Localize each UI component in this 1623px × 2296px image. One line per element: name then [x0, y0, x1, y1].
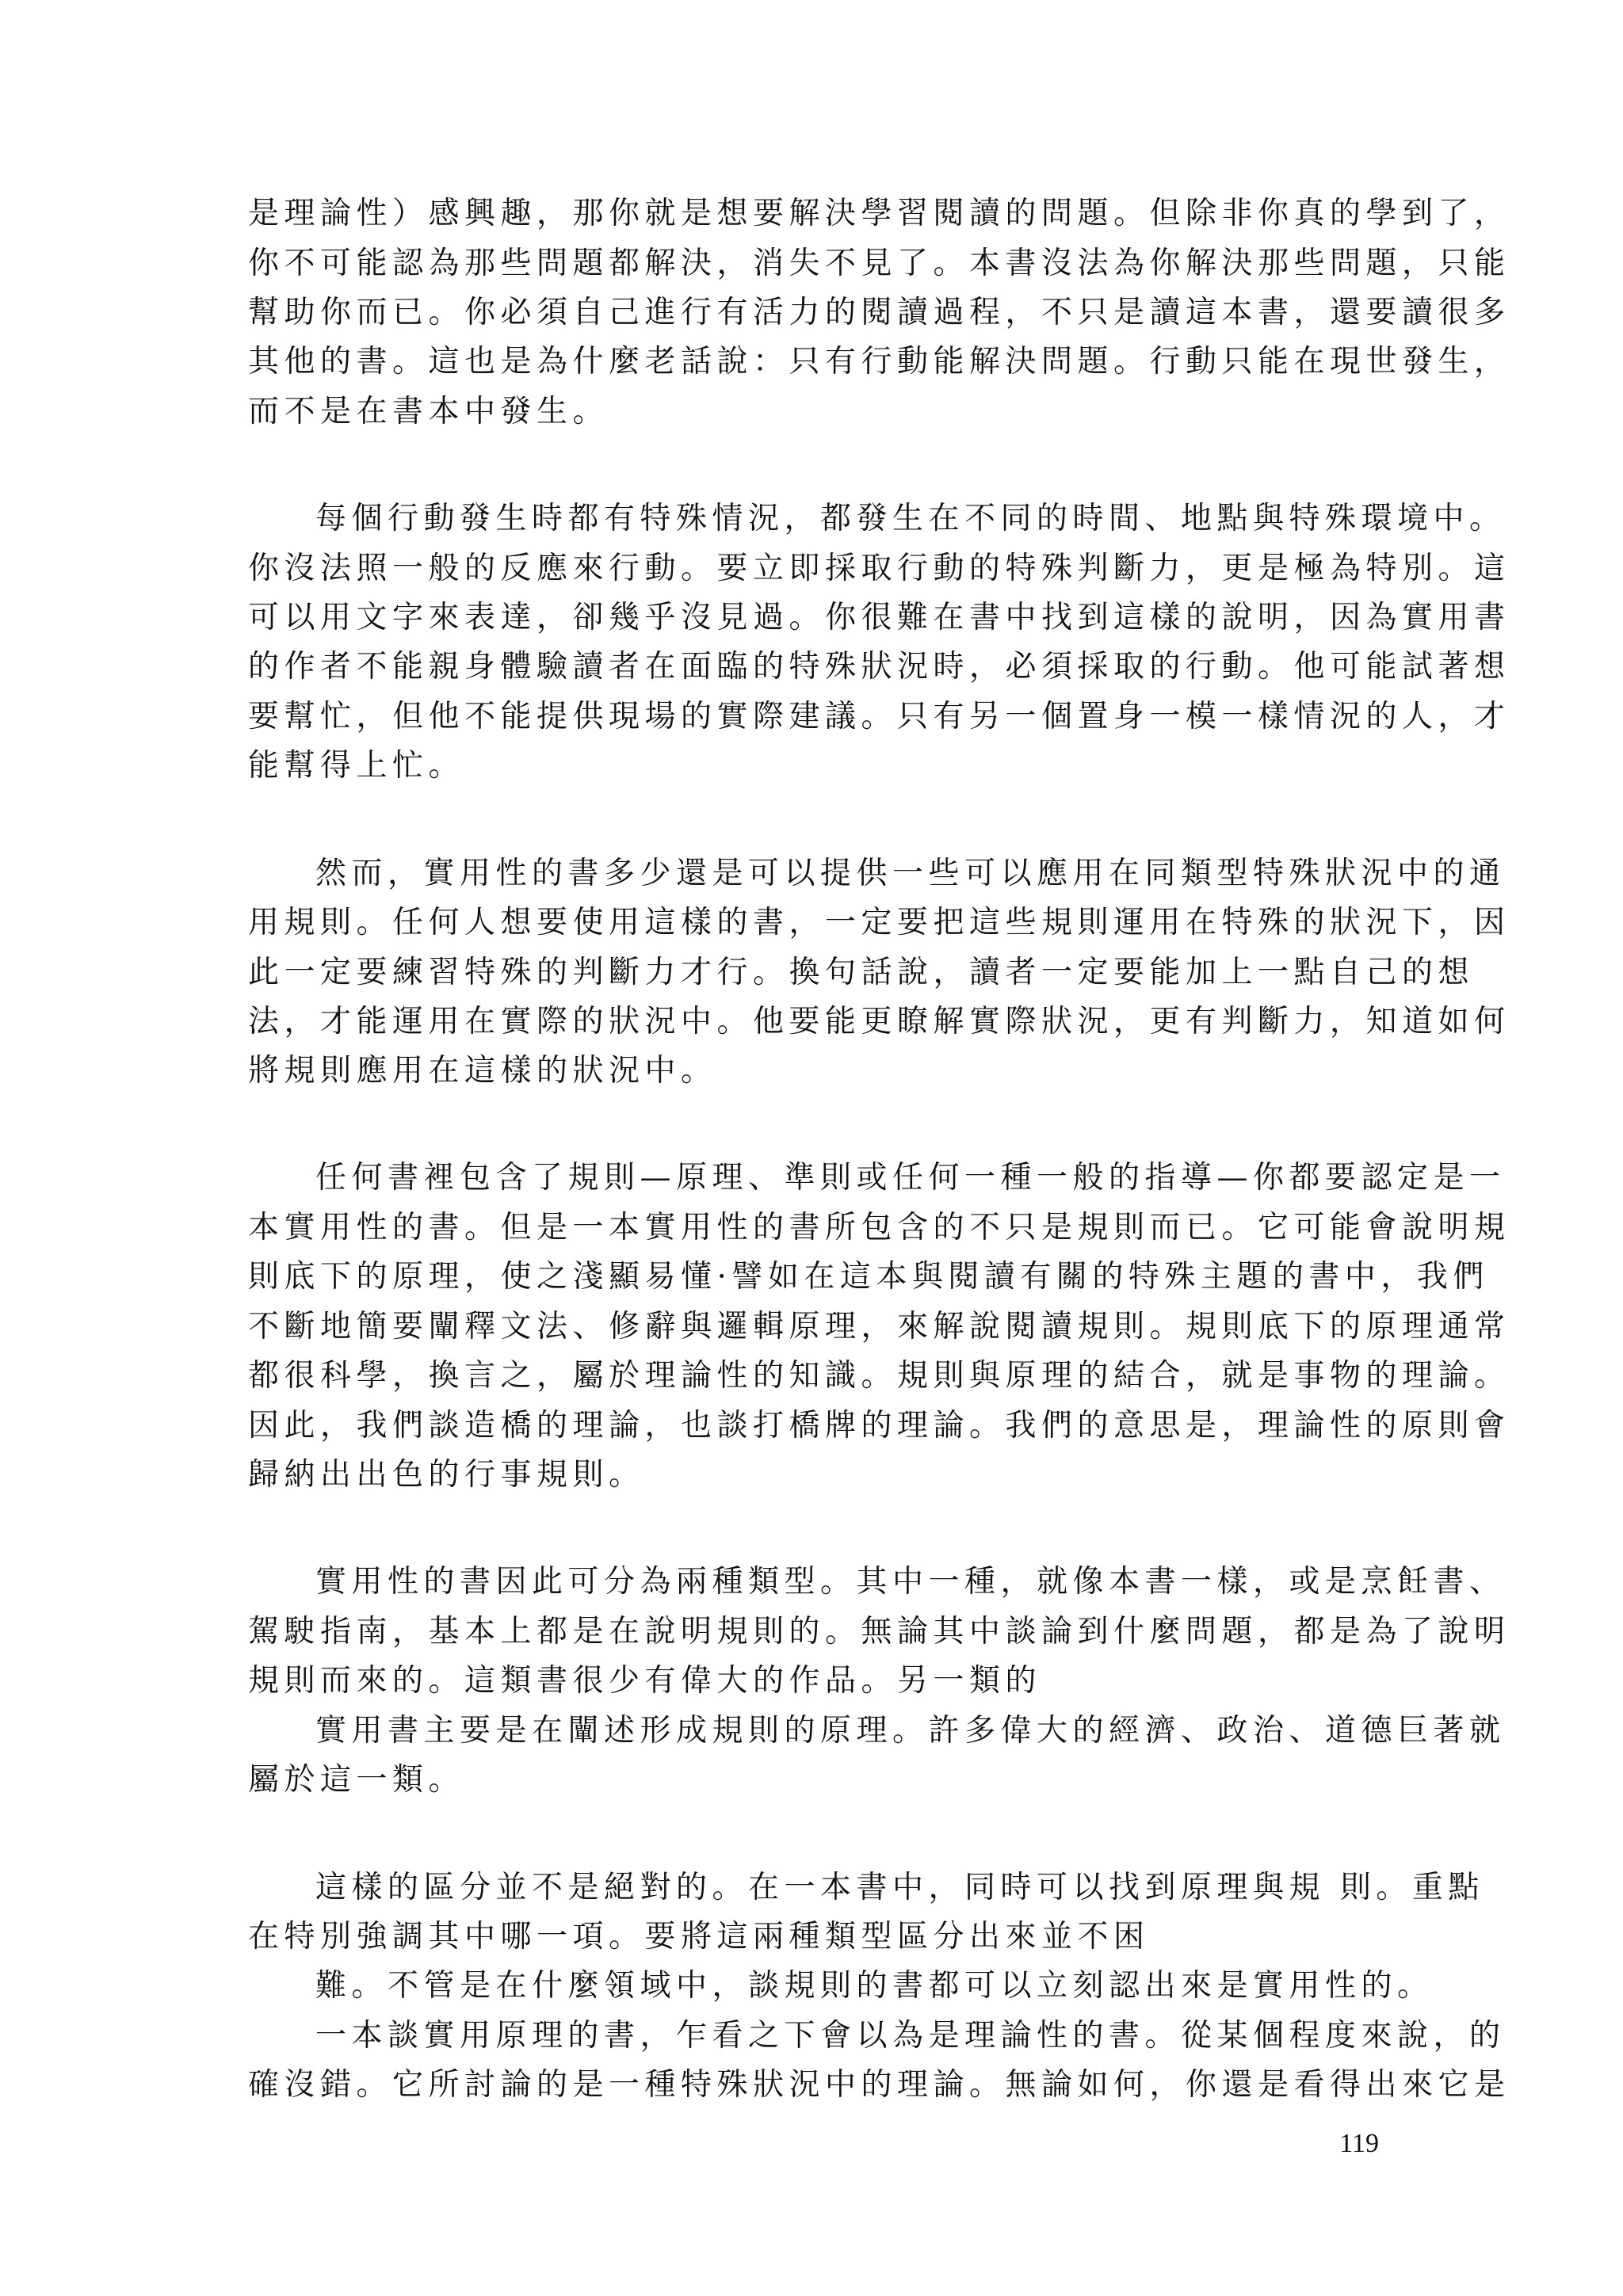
- text-line: 的作者不能親身體驗讀者在面臨的特殊狀況時，必須採取的行動。他可能試著想: [248, 643, 1377, 691]
- text-line: 幫助你而已。你必須自己進行有活力的閱讀過程，不只是讀這本書，還要讀很多: [248, 289, 1377, 337]
- text-line: 是理論性）感興趣，那你就是想要解決學習閱讀的問題。但除非你真的學到了，: [248, 190, 1377, 238]
- text-line: 能幫得上忙。: [248, 742, 1377, 790]
- text-line: 這樣的區分並不是絕對的。在一本書中，同時可以找到原理與規 則。重點: [315, 1864, 1377, 1912]
- text-line: 實用書主要是在闡述形成規則的原理。許多偉大的經濟、政治、道德巨著就: [315, 1707, 1377, 1755]
- text-line: 確沒錯。它所討論的是一種特殊狀況中的理論。無論如何，你還是看得出來它是: [248, 2061, 1377, 2109]
- document-page: 是理論性）感興趣，那你就是想要解決學習閱讀的問題。但除非你真的學到了， 你不可能…: [0, 0, 1623, 2296]
- text-line: 本實用性的書。但是一本實用性的書所包含的不只是規則而已。它可能會說明規: [248, 1204, 1377, 1252]
- text-line: 不斷地簡要闡釋文法、修辭與邏輯原理，來解說閱讀規則。規則底下的原理通常: [248, 1303, 1377, 1351]
- text-line: 法，才能運用在實際的狀況中。他要能更瞭解實際狀況，更有判斷力，知道如何: [248, 998, 1377, 1046]
- text-line: 難。不管是在什麼領域中，談規則的書都可以立刻認出來是實用性的。: [315, 1962, 1377, 2010]
- text-line: 規則而來的。這類書很少有偉大的作品。另一類的: [248, 1657, 1377, 1705]
- text-line: 每個行動發生時都有特殊情況，都發生在不同的時間、地點與特殊環境中。: [315, 495, 1377, 543]
- text-line: 你不可能認為那些問題都解決，消失不見了。本書沒法為你解決那些問題，只能: [248, 240, 1377, 288]
- text-line: 用規則。任何人想要使用這樣的書，一定要把這些規則運用在特殊的狀況下，因: [248, 899, 1377, 947]
- text-line: 因此，我們談造橋的理論，也談打橋牌的理論。我們的意思是，理論性的原則會: [248, 1402, 1377, 1450]
- page-number: 119: [1331, 2128, 1379, 2160]
- text-line: 此一定要練習特殊的判斷力才行。換句話說，讀者一定要能加上一點自己的想: [248, 949, 1377, 997]
- text-line: 都很科學，換言之，屬於理論性的知識。規則與原理的結合，就是事物的理論。: [248, 1352, 1377, 1400]
- text-line: 然而，實用性的書多少還是可以提供一些可以應用在同類型特殊狀況中的通: [315, 850, 1377, 898]
- text-line: 一本談實用原理的書，乍看之下會以為是理論性的書。從某個程度來說，的: [315, 2012, 1377, 2060]
- text-line: 任何書裡包含了規則—原理、準則或任何一種一般的指導—你都要認定是一: [315, 1154, 1377, 1202]
- text-line: 將規則應用在這樣的狀況中。: [248, 1047, 1377, 1095]
- text-line: 則底下的原理，使之淺顯易懂·譬如在這本與閱讀有關的特殊主題的書中，我們: [248, 1253, 1377, 1301]
- text-line: 其他的書。這也是為什麼老話說：只有行動能解決問題。行動只能在現世發生，: [248, 338, 1377, 386]
- text-line: 實用性的書因此可分為兩種類型。其中一種，就像本書一樣，或是烹飪書、: [315, 1558, 1377, 1606]
- text-line: 駕駛指南，基本上都是在說明規則的。無論其中談論到什麼問題，都是為了說明: [248, 1608, 1377, 1656]
- text-line: 在特別強調其中哪一項。要將這兩種類型區分出來並不困: [248, 1913, 1377, 1961]
- text-line: 要幫忙，但他不能提供現場的實際建議。只有另一個置身一模一樣情況的人，才: [248, 693, 1377, 741]
- text-line: 屬於這一類。: [248, 1756, 1377, 1804]
- text-line: 歸納出出色的行事規則。: [248, 1451, 1377, 1499]
- text-line: 可以用文字來表達，卻幾乎沒見過。你很難在書中找到這樣的說明，因為實用書: [248, 594, 1377, 642]
- text-line: 而不是在書本中發生。: [248, 388, 1377, 436]
- text-line: 你沒法照一般的反應來行動。要立即採取行動的特殊判斷力，更是極為特別。這: [248, 545, 1377, 593]
